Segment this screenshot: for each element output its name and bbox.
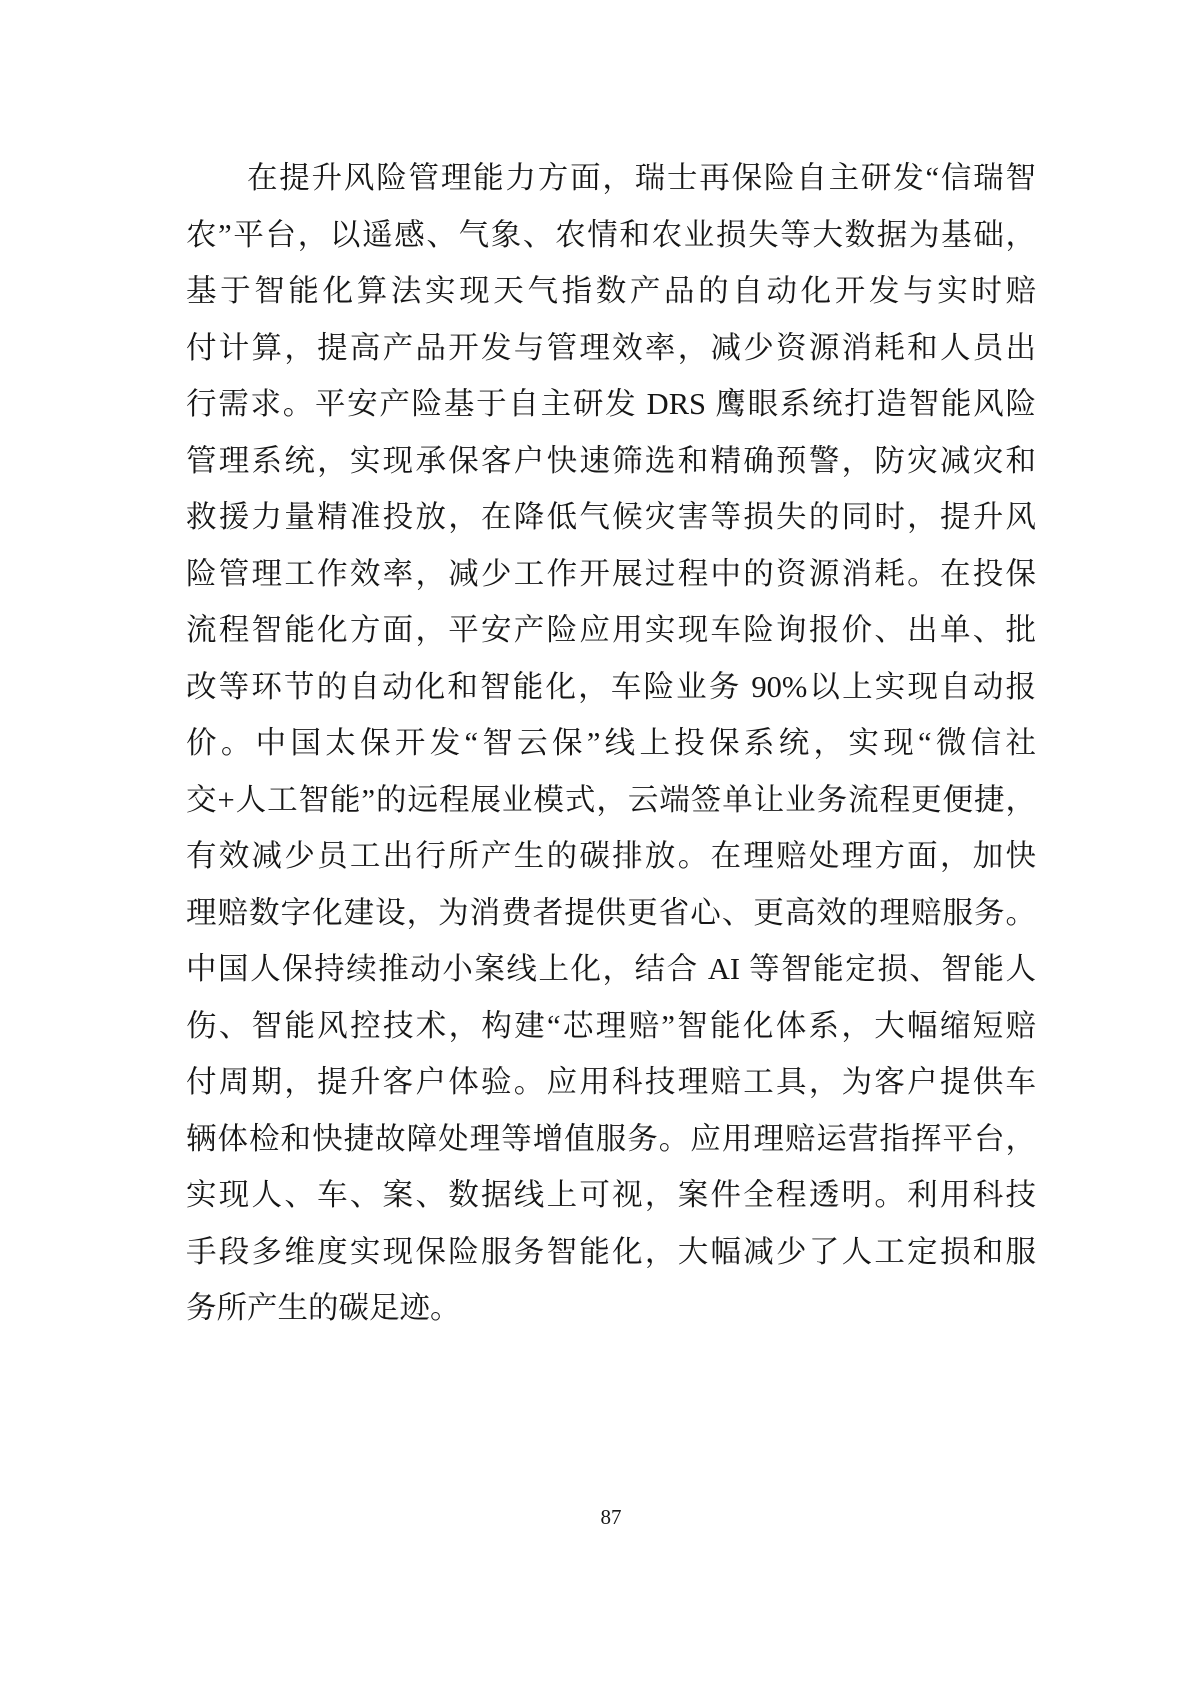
text-line: 流程智能化方面，平安产险应用实现车险询报价、出单、批: [186, 602, 1036, 659]
text-line: 有效减少员工出行所产生的碳排放。在理赔处理方面，加快: [186, 828, 1036, 885]
text-line: 伤、智能风控技术，构建“芯理赔”智能化体系，大幅缩短赔: [186, 998, 1036, 1055]
text-line: 中国人保持续推动小案线上化，结合 AI 等智能定损、智能人: [186, 941, 1036, 998]
document-page: 在提升风险管理能力方面，瑞士再保险自主研发“信瑞智 农”平台，以遥感、气象、农情…: [0, 0, 1199, 1696]
text-line: 基于智能化算法实现天气指数产品的自动化开发与实时赔: [186, 263, 1036, 320]
text-line: 改等环节的自动化和智能化，车险业务 90%以上实现自动报: [186, 659, 1036, 716]
text-line: 手段多维度实现保险服务智能化，大幅减少了人工定损和服: [186, 1224, 1036, 1281]
text-line: 救援力量精准投放，在降低气候灾害等损失的同时，提升风: [186, 489, 1036, 546]
text-line: 管理系统，实现承保客户快速筛选和精确预警，防灾减灾和: [186, 433, 1036, 490]
body-paragraph: 在提升风险管理能力方面，瑞士再保险自主研发“信瑞智 农”平台，以遥感、气象、农情…: [186, 150, 1036, 1337]
text-line: 行需求。平安产险基于自主研发 DRS 鹰眼系统打造智能风险: [186, 376, 1036, 433]
text-line: 理赔数字化建设，为消费者提供更省心、更高效的理赔服务。: [186, 885, 1036, 942]
text-line: 在提升风险管理能力方面，瑞士再保险自主研发“信瑞智: [186, 150, 1036, 207]
page-number: 87: [186, 1502, 1036, 1532]
text-line: 务所产生的碳足迹。: [186, 1280, 1036, 1337]
text-line: 辆体检和快捷故障处理等增值服务。应用理赔运营指挥平台，: [186, 1111, 1036, 1168]
text-line: 付计算，提高产品开发与管理效率，减少资源消耗和人员出: [186, 320, 1036, 377]
text-line: 实现人、车、案、数据线上可视，案件全程透明。利用科技: [186, 1167, 1036, 1224]
text-line: 农”平台，以遥感、气象、农情和农业损失等大数据为基础，: [186, 207, 1036, 264]
text-line: 价。中国太保开发“智云保”线上投保系统，实现“微信社: [186, 715, 1036, 772]
text-line: 付周期，提升客户体验。应用科技理赔工具，为客户提供车: [186, 1054, 1036, 1111]
text-line: 交+人工智能”的远程展业模式，云端签单让业务流程更便捷，: [186, 772, 1036, 829]
text-line: 险管理工作效率，减少工作开展过程中的资源消耗。在投保: [186, 546, 1036, 603]
